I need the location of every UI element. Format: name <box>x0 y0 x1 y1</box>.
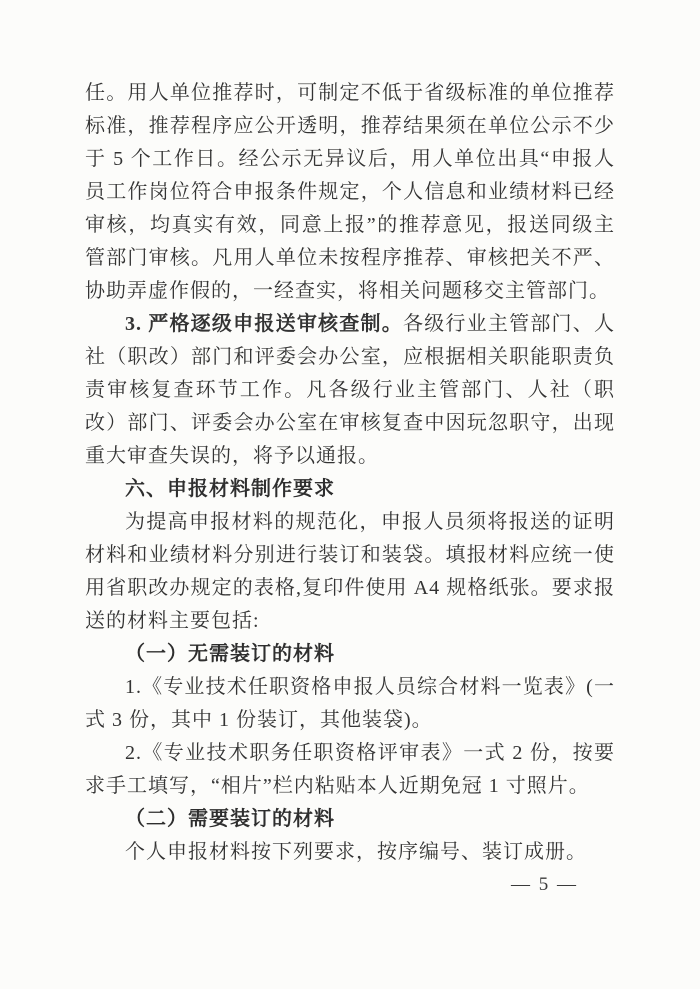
paragraph-section6-intro: 为提高申报材料的规范化，申报人员须将报送的证明材料和业绩材料分别进行装订和装袋。… <box>85 506 615 638</box>
document-page: 任。用人单位推荐时，可制定不低于省级标准的单位推荐标准，推荐程序应公开透明，推荐… <box>0 0 700 989</box>
subsection1-heading: （一）无需装订的材料 <box>85 638 615 671</box>
item3-lead-bold: 3. 严格逐级申报送审核查制。 <box>125 313 403 335</box>
section6-heading: 六、申报材料制作要求 <box>85 473 615 506</box>
item3-body-text: 各级行业主管部门、人社（职改）部门和评委会办公室，应根据相关职能职责负责审核复查… <box>85 313 615 467</box>
paragraph-item3: 3. 严格逐级申报送审核查制。各级行业主管部门、人社（职改）部门和评委会办公室，… <box>85 308 615 473</box>
subsection2-heading: （二）需要装订的材料 <box>85 803 615 836</box>
paragraph-sub2-intro: 个人申报材料按下列要求，按序编号、装订成册。 <box>85 836 615 869</box>
paragraph-sub1-item2: 2.《专业技术职务任职资格评审表》一式 2 份，按要求手工填写，“相片”栏内粘贴… <box>85 737 615 803</box>
paragraph-continuation: 任。用人单位推荐时，可制定不低于省级标准的单位推荐标准，推荐程序应公开透明，推荐… <box>85 77 615 308</box>
paragraph-sub1-item1: 1.《专业技术任职资格申报人员综合材料一览表》(一式 3 份，其中 1 份装订，… <box>85 671 615 737</box>
page-number: — 5 — <box>511 868 578 901</box>
